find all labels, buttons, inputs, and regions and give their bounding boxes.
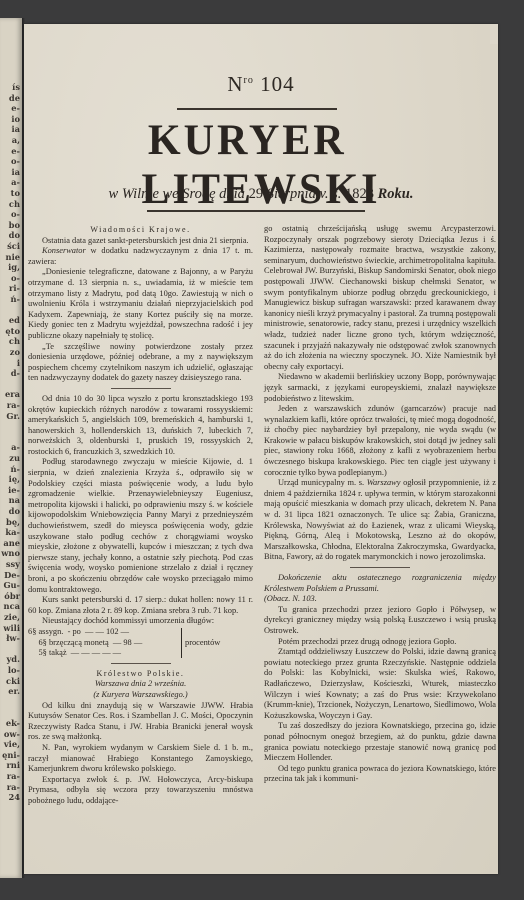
previous-page-text-fragment: zu	[9, 453, 20, 463]
previous-page-text-fragment: De-	[4, 570, 20, 580]
previous-page-text-fragment: 24	[8, 792, 20, 802]
paragraph: Od kilku dni znaydują się w Warszawie JJ…	[28, 701, 253, 743]
previous-page-text-fragment: łw-	[6, 633, 20, 643]
brace-label: procentów	[185, 638, 220, 649]
previous-page-text-fragment: nie	[6, 252, 20, 262]
previous-page-text-fragment: cki	[6, 676, 20, 686]
previous-page-text-fragment: nca	[4, 601, 20, 611]
previous-page-text-fragment: bę,	[6, 517, 20, 527]
previous-page-text-fragment: era	[5, 389, 20, 399]
paragraph: Ostatnia data gazet sankt-petersburskich…	[28, 236, 253, 247]
brace	[181, 628, 182, 658]
previous-page-text-fragment: de	[9, 93, 20, 103]
previous-page-edge: ísdee-ioiaa,e-o-iaa-tocho-bodościnieig,o…	[0, 18, 22, 878]
interest-rates-table: 6§ assygn. - po — — 102 — 6§ brzęczącą m…	[28, 627, 253, 659]
previous-page-text-fragment: ís	[12, 82, 20, 92]
previous-page-text-fragment: d-	[11, 368, 20, 378]
rate-value: — — — — —	[71, 648, 121, 657]
previous-page-text-fragment: o-	[11, 156, 20, 166]
section-source: (z Kuryera Warszawskiego.)	[28, 690, 253, 701]
previous-page-text-fragment: o-	[11, 209, 20, 219]
previous-page-text-fragment: vie,	[4, 739, 20, 749]
previous-page-text-fragment: a,	[12, 135, 20, 145]
previous-page-text-fragment: na	[9, 495, 20, 505]
previous-page-text-fragment: ane	[3, 538, 20, 548]
previous-page-text-fragment: ig,	[8, 262, 20, 272]
issue-number-value: 104	[260, 72, 295, 96]
paragraph: Tu zaś doszedłszy do jeziora Kownatskieg…	[264, 721, 496, 763]
issue-prefix: N	[227, 72, 243, 96]
previous-page-text-fragment: ri-	[9, 283, 20, 293]
paragraph-text: ogłosił przypomnienie, iż z dniem 4 paźd…	[264, 478, 496, 561]
italic-term: Konserwator	[42, 246, 86, 255]
paragraph: Niedawno w akademii berlińskiey uczony B…	[264, 372, 496, 404]
paragraph: Exportacya zwłok ś. p. JW. Hołowczyca, A…	[28, 775, 253, 807]
issue-sup: ro	[244, 75, 254, 86]
rate-label: 6§ brzęczącą monetą	[38, 638, 108, 647]
previous-page-text-fragment: ęni-	[2, 750, 20, 760]
previous-page-text-fragment: wno	[1, 548, 20, 558]
dateline-post: Roku.	[378, 186, 414, 202]
masthead-rule-bottom	[147, 210, 365, 212]
previous-page-text-fragment: zie,	[4, 612, 20, 622]
section-heading-kingdom: Królestwo Polskie.	[28, 669, 253, 680]
section-divider	[350, 567, 410, 568]
previous-page-text-fragment: ia	[11, 124, 20, 134]
section-divider	[111, 663, 171, 664]
paragraph: go ostatnią chrześcijańską usługę swemu …	[264, 224, 496, 372]
dateline: w Wilnie we Srodę dnia 29 Sierpnia v. s.…	[24, 186, 498, 203]
previous-page-text-fragment: ń-	[11, 464, 20, 474]
paragraph: Ztamtąd oddzieliwszy Łuszczew do Polski,…	[264, 647, 496, 721]
previous-page-text-fragment: e-	[11, 146, 20, 156]
masthead-rule-top	[177, 108, 337, 110]
paragraph: Konserwator w dodatku nadzwyczaynym z dn…	[28, 246, 253, 267]
previous-page-text-fragment: ch	[9, 199, 20, 209]
rate-row: 6§ assygn. - po — — 102 —	[28, 627, 178, 638]
previous-page-text-fragment: ch	[9, 336, 20, 346]
dateline-pre: w Wilnie we Srodę dnia	[109, 186, 245, 202]
previous-page-text-fragment: ię,	[9, 474, 20, 484]
previous-page-text-fragment: to	[11, 188, 20, 198]
previous-page-text-fragment: yd.	[6, 654, 20, 664]
previous-page-text-fragment: ia	[11, 167, 20, 177]
previous-page-text-fragment: io	[11, 114, 20, 124]
previous-page-text-fragment: wili	[3, 623, 20, 633]
section-heading-domestic: Wiadomości Krajowe.	[28, 225, 253, 236]
previous-page-text-fragment: ie-	[8, 485, 20, 495]
previous-page-text-fragment: ka-	[5, 527, 20, 537]
previous-page-text-fragment: rni	[6, 760, 20, 770]
paragraph: N. Pan, wyrokiem wydanym w Carskiem Siel…	[28, 743, 253, 775]
paragraph-text: Urząd municypalny m. s.	[278, 478, 367, 487]
paragraph: Od dnia 10 do 30 lipca wyszło z portu kr…	[28, 394, 253, 458]
issue-number: Nro 104	[24, 72, 498, 97]
paragraph: Jeden z warszawskich zdunów (garncarzów)…	[264, 404, 496, 478]
paragraph: Od tego punktu granica powraca do jezior…	[264, 764, 496, 785]
paragraph: „Te szczęśliwe nowiny potwierdzone zosta…	[28, 342, 253, 384]
paragraph: Urząd municypalny m. s. Warszawy ogłosił…	[264, 478, 496, 563]
dateline-style: v. s.	[319, 186, 341, 202]
previous-page-text-fragment: do	[9, 230, 20, 240]
previous-page-text-fragment: zo	[10, 347, 20, 357]
italic-term: Warszawy	[367, 478, 401, 487]
previous-page-text-fragment: ra-	[7, 782, 20, 792]
rate-row: 6§ brzęczącą monetą — 98 —	[28, 638, 178, 649]
rate-label: 6§ assygn.	[28, 627, 63, 636]
title-word-1: KURYER	[148, 117, 347, 164]
previous-page-text-fragment: bo	[9, 220, 20, 230]
rate-label: 5§ takąż	[38, 648, 66, 657]
newspaper-page: Nro 104 KURYERLITEWSKI w Wilnie we Srodę…	[24, 24, 498, 874]
previous-page-text-fragment: ssy	[6, 559, 20, 569]
rate-value: — 98 —	[113, 638, 142, 647]
section-place: Warszawa dnia 2 września.	[28, 679, 253, 690]
paragraph: Tu granica przechodzi przez jezioro Gopł…	[264, 605, 496, 637]
previous-page-text-fragment: ek-	[6, 718, 20, 728]
right-column: go ostatnią chrześcijańską usługę swemu …	[264, 224, 496, 785]
section-reference: (Obacz. N. 103.	[264, 594, 496, 605]
previous-page-text-fragment: ści	[7, 241, 20, 251]
previous-page-text-fragment: lo-	[8, 665, 20, 675]
previous-page-text-fragment: i	[17, 358, 20, 368]
previous-page-text-fragment: ń-	[11, 294, 20, 304]
previous-page-text-fragment: ow-	[4, 729, 20, 739]
section-divider	[111, 388, 171, 389]
previous-page-text-fragment: a-	[11, 177, 20, 187]
previous-page-text-fragment: a-	[11, 442, 20, 452]
torn-corner	[490, 24, 498, 44]
paragraph: „Doniesienie telegraficzne, datowane z B…	[28, 267, 253, 341]
rate-value: - po — — 102 —	[68, 627, 129, 636]
rate-row: 5§ takąż — — — — —	[28, 648, 178, 659]
dateline-month: Sierpnia	[267, 186, 316, 202]
section-heading-border-act: Dokończenie aktu ostatecznego rozgranicz…	[264, 573, 496, 594]
dateline-year: 1823	[345, 186, 374, 202]
previous-page-text-fragment: ed	[9, 315, 20, 325]
paragraph: Kurs sankt petersburski d. 17 sierp.: du…	[28, 595, 253, 616]
previous-page-text-fragment: ra-	[7, 400, 20, 410]
previous-page-text-fragment: do	[9, 506, 20, 516]
left-column: Wiadomości Krajowe. Ostatnia data gazet …	[28, 224, 253, 806]
paragraph: Podług starodawnego zwyczaju w mieście K…	[28, 457, 253, 595]
paragraph: Nieustający dochód kommissyi umorzenia d…	[28, 616, 253, 627]
previous-page-text-fragment: ra-	[7, 771, 20, 781]
previous-page-text-fragment: Gu-	[3, 580, 20, 590]
paragraph: Potém przechodzi przez drugą odnogę jezi…	[264, 637, 496, 648]
dateline-day: 29	[249, 186, 264, 202]
previous-page-text-fragment: ęto	[5, 326, 20, 336]
previous-page-text-fragment: e-	[11, 103, 20, 113]
previous-page-text-fragment: óbr	[4, 591, 20, 601]
previous-page-text-fragment: Gr.	[6, 411, 20, 421]
previous-page-text-fragment: o-	[11, 273, 20, 283]
previous-page-text-fragment: er.	[8, 686, 20, 696]
